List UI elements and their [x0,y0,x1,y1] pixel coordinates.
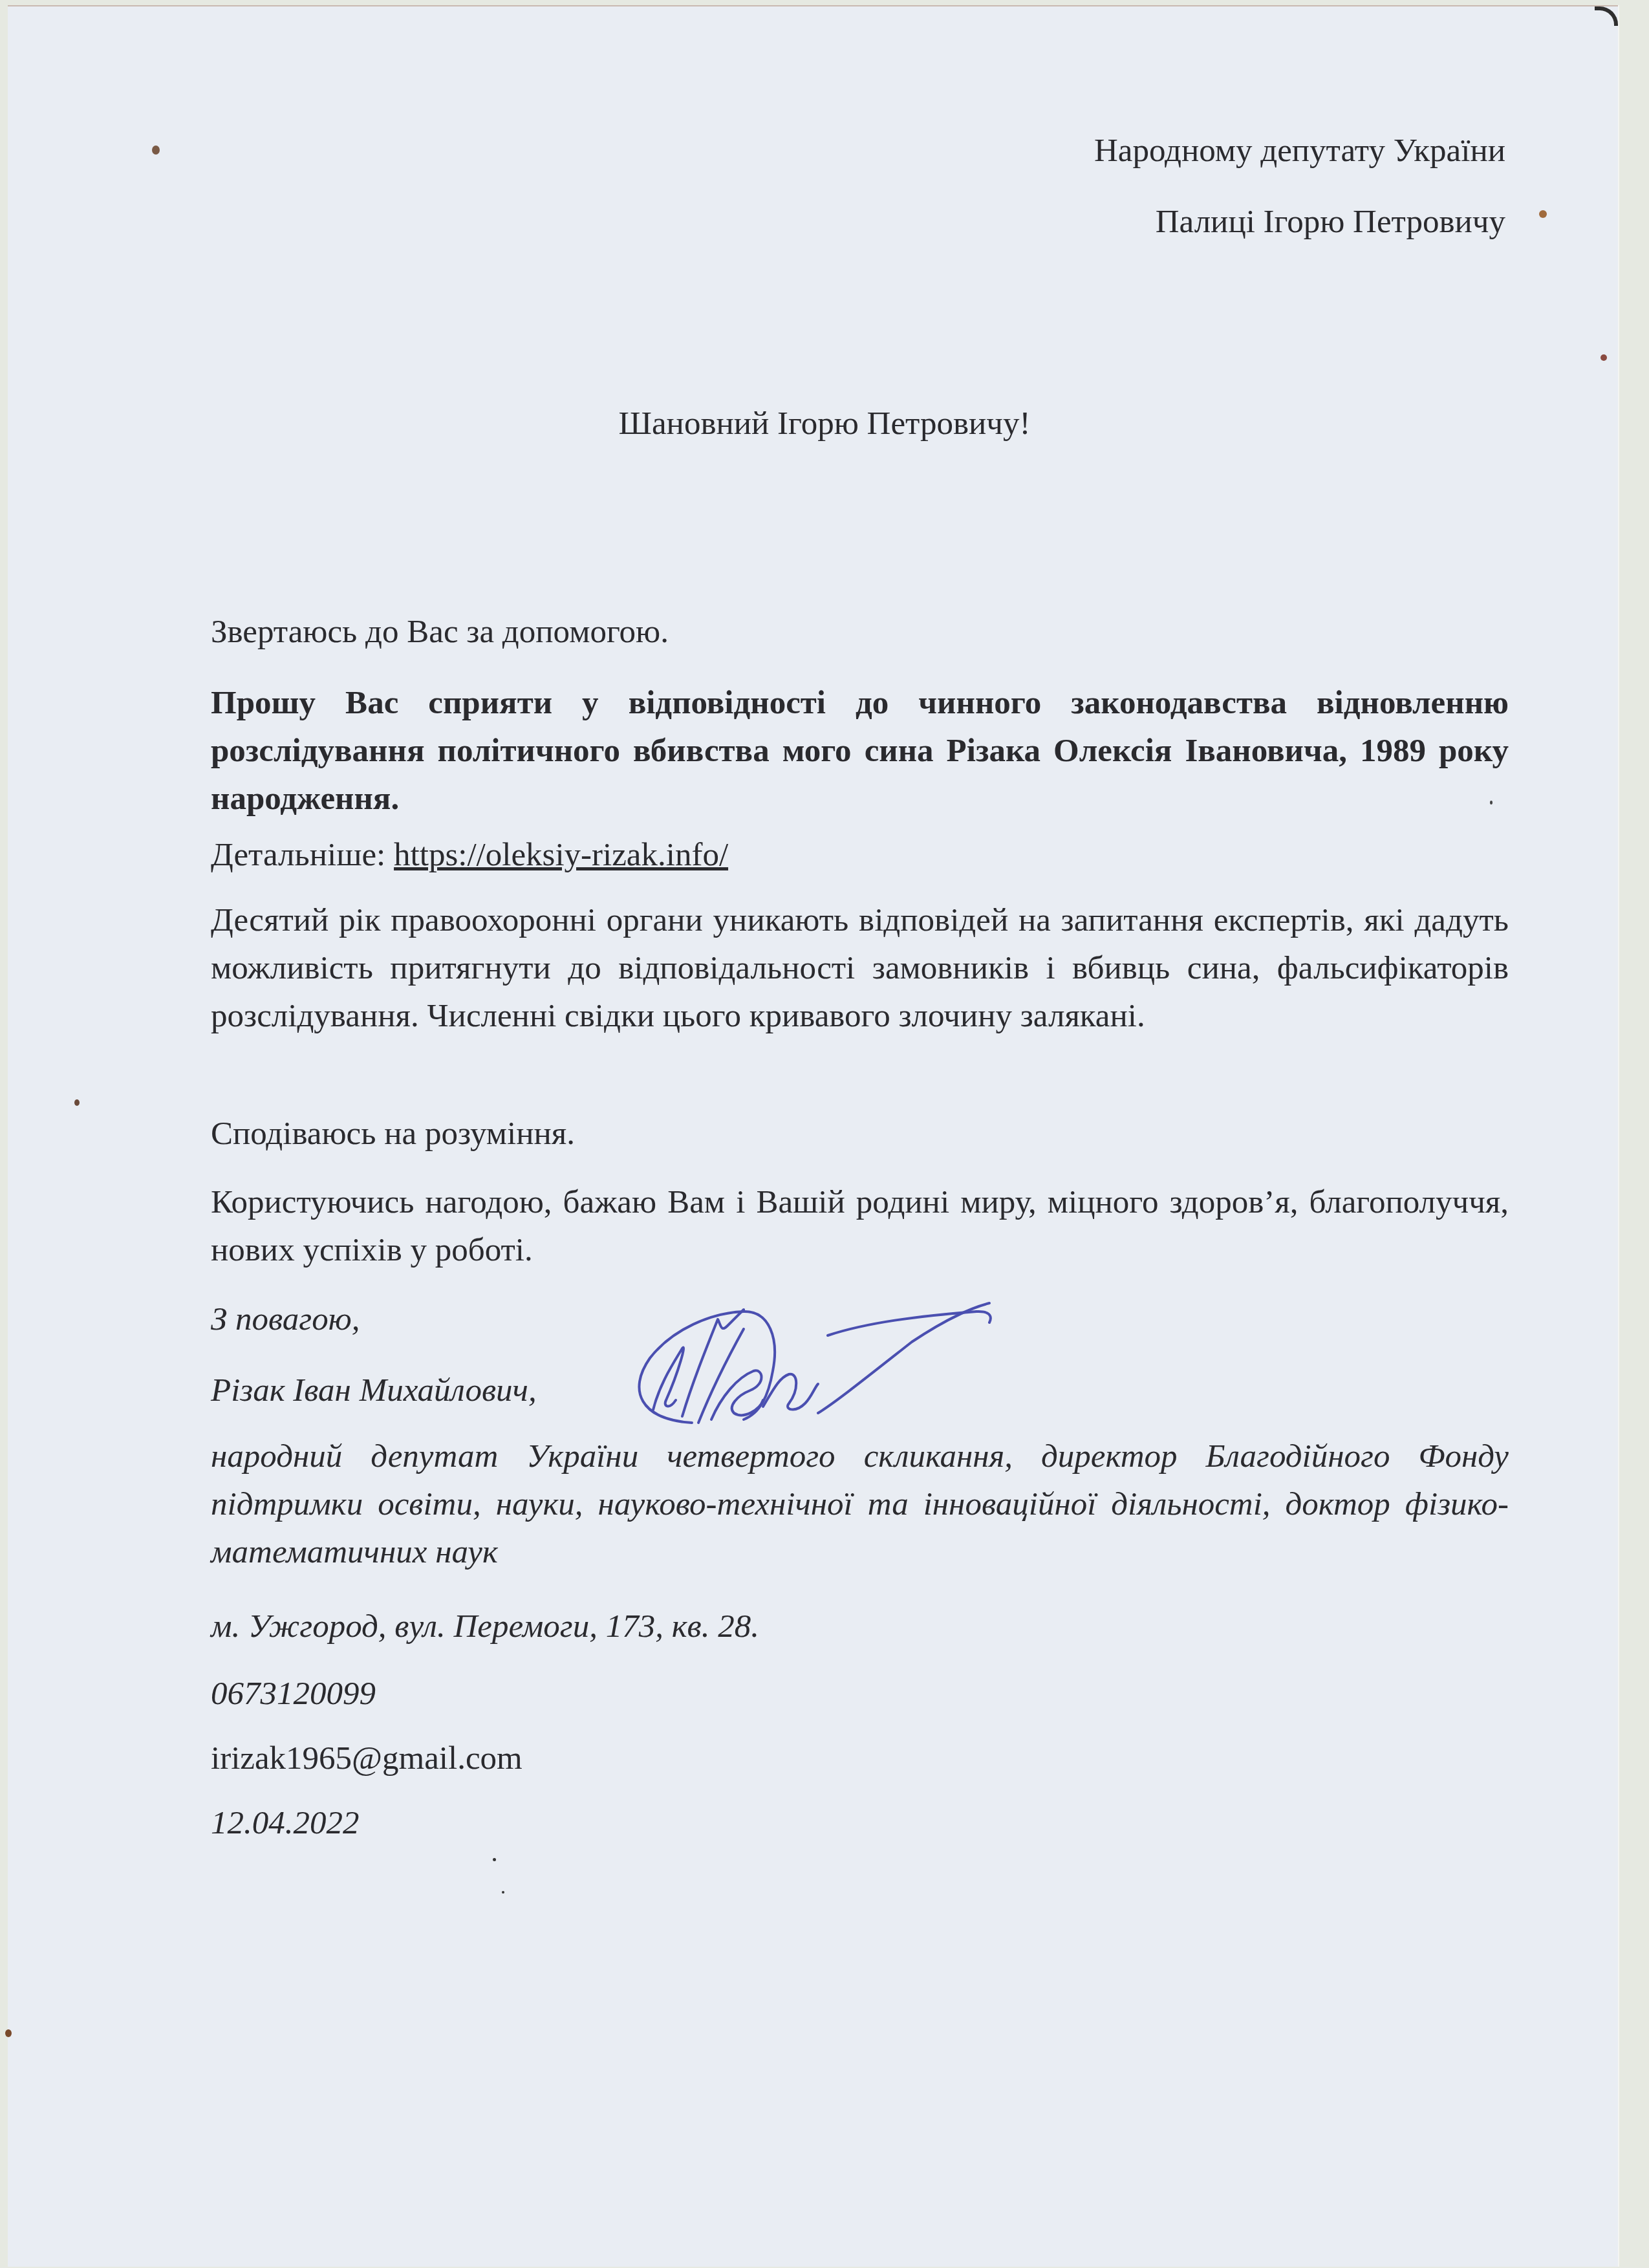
sender-email[interactable]: irizak1965@gmail.com [211,1734,1509,1782]
request-paragraph: Прошу Вас сприяти у відповідності до чин… [211,679,1509,823]
sender-address: м. Ужгород, вул. Перемоги, 173, кв. 28. [211,1603,1509,1650]
letter-date: 12.04.2022 [211,1799,1509,1847]
sender-title: народний депутат України четвертого скли… [211,1432,1509,1576]
details-link[interactable]: https://oleksiy-rizak.info/ [394,837,728,873]
scan-corner-mark [1595,6,1618,26]
sender-phone: 0673120099 [211,1670,1509,1718]
scan-speck [502,1891,504,1894]
recipient-line-1: Народному депутату України [1094,135,1505,167]
paragraph-2: Сподіваюсь на розуміння. [211,1110,1509,1158]
intro-paragraph: Звертаюсь до Вас за допомогою. [211,608,1509,656]
scan-speck [493,1858,496,1861]
scan-speck [152,146,160,155]
scan-speck [5,2029,12,2037]
scan-speck [1539,210,1547,218]
paragraph-3: Користуючись нагодою, бажаю Вам і Вашій … [211,1178,1509,1274]
paragraph-1: Десятий рік правоохоронні органи уникают… [211,896,1509,1040]
scan-speck [1600,354,1607,361]
scan-speck [74,1099,80,1106]
details-line: Детальніше: https://oleksiy-rizak.info/ [211,831,1509,879]
salutation: Шановний Ігорю Петровичу! [0,407,1649,440]
recipient-line-2: Палиці Ігорю Петровичу [1156,206,1505,239]
details-label: Детальніше: [211,837,385,873]
handwritten-signature [614,1293,1080,1429]
